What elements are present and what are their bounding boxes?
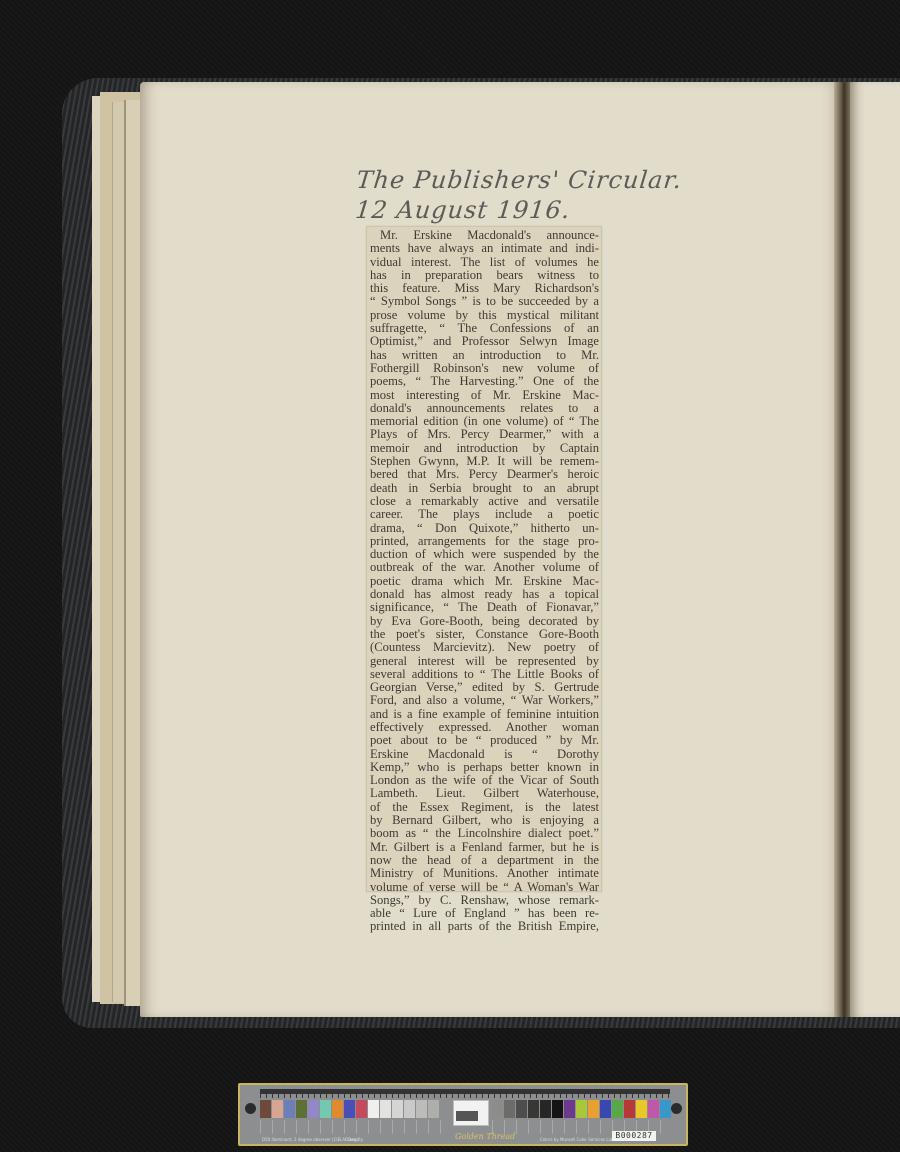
- color-swatch: [492, 1100, 503, 1118]
- clipping-line: able “ Lure of England ” has been re-: [370, 907, 599, 920]
- newspaper-clipping: Mr. Erskine Macdonald's announce-ments h…: [366, 226, 602, 892]
- clipping-line: now the head of a department in the: [370, 854, 599, 867]
- color-swatch: [516, 1100, 527, 1118]
- clipping-line: Mr. Erskine Macdonald's announce-: [370, 229, 599, 242]
- clipping-line: by Eva Gore-Booth, being decorated by: [370, 615, 599, 628]
- color-swatch: [528, 1100, 539, 1118]
- clipping-line: outbreak of the war. Another volume of: [370, 561, 599, 574]
- annotation-date: 12 August 1916.: [354, 195, 675, 225]
- munsell-caption: Colors by Munsell Color Services Lab: [540, 1137, 614, 1142]
- clipping-line: printed in all parts of the British Empi…: [370, 920, 599, 933]
- serial-number: B000287: [612, 1131, 656, 1141]
- color-swatch: [272, 1100, 283, 1118]
- color-calibration-target: D50 Illuminant, 2 degree observer (CIELA…: [238, 1083, 688, 1146]
- swatch-row-left: [260, 1100, 439, 1118]
- clipping-line: “ Symbol Songs ” is to be succeeded by a: [370, 295, 599, 308]
- clipping-line: Fothergill Robinson's new volume of: [370, 362, 599, 375]
- color-swatch: [368, 1100, 379, 1118]
- clipping-line: career. The plays include a poetic: [370, 508, 599, 521]
- clipping-line: memoir and introduction by Captain: [370, 442, 599, 455]
- clipping-line: Stephen Gwynn, M.P. It will be remem-: [370, 455, 599, 468]
- color-swatch: [308, 1100, 319, 1118]
- clipping-line: has in preparation bears witness to: [370, 269, 599, 282]
- color-swatch: [612, 1100, 623, 1118]
- clipping-line: general interest will be represented by: [370, 655, 599, 668]
- density-caption: Density: [348, 1137, 363, 1142]
- color-swatch: [416, 1100, 427, 1118]
- clipping-line: Georgian Verse,” edited by S. Gertrude: [370, 681, 599, 694]
- clipping-line: close a remarkably active and versatile: [370, 495, 599, 508]
- color-swatch: [648, 1100, 659, 1118]
- clipping-line: boom as “ the Lincolnshire dialect poet.…: [370, 827, 599, 840]
- handwritten-annotation: The Publishers' Circular. 12 August 1916…: [352, 165, 678, 225]
- clipping-line: poems, “ The Harvesting.” One of the: [370, 375, 599, 388]
- clipping-line: memorial edition (in one volume) of “ Th…: [370, 415, 599, 428]
- ruler-ticks: [260, 1094, 670, 1098]
- color-swatch: [636, 1100, 647, 1118]
- color-swatch: [540, 1100, 551, 1118]
- annotation-source: The Publishers' Circular.: [355, 165, 678, 195]
- color-swatch: [344, 1100, 355, 1118]
- clipping-line: London as the wife of the Vicar of South: [370, 774, 599, 787]
- clipping-line: Ford, and also a volume, “ War Workers,”: [370, 694, 599, 707]
- clipping-line: poet about to be “ produced ” by Mr.: [370, 734, 599, 747]
- clipping-line: vidual interest. The list of volumes he: [370, 256, 599, 269]
- lab-values-left: [260, 1120, 448, 1134]
- color-swatch: [624, 1100, 635, 1118]
- color-swatch: [380, 1100, 391, 1118]
- color-swatch: [564, 1100, 575, 1118]
- clipping-line: Erskine Macdonald is “ Dorothy: [370, 748, 599, 761]
- color-swatch: [356, 1100, 367, 1118]
- clipping-line: Mr. Gilbert is a Fenland farmer, but he …: [370, 841, 599, 854]
- clipping-line: of the Essex Regiment, is the latest: [370, 801, 599, 814]
- color-swatch: [576, 1100, 587, 1118]
- clipping-line: several additions to “ The Little Books …: [370, 668, 599, 681]
- clipping-line: volume of verse will be “ A Woman's War: [370, 881, 599, 894]
- clipping-line: Lambeth. Lieut. Gilbert Waterhouse,: [370, 787, 599, 800]
- clipping-line: bered that Mrs. Percy Dearmer's heroic: [370, 468, 599, 481]
- color-swatch: [392, 1100, 403, 1118]
- scale-card: [453, 1100, 489, 1126]
- clipping-line: significance, “ The Death of Fionavar,”: [370, 601, 599, 614]
- clipping-line: donald has almost ready has a topical: [370, 588, 599, 601]
- clipping-line: has written an introduction to Mr.: [370, 349, 599, 362]
- clipping-line: effectively expressed. Another woman: [370, 721, 599, 734]
- clipping-line: Plays of Mrs. Percy Dearmer,” with a: [370, 428, 599, 441]
- clipping-line: the poet's sister, Constance Gore-Booth: [370, 628, 599, 641]
- swatch-row-right: [492, 1100, 671, 1118]
- clipping-line: and is a fine example of feminine intuit…: [370, 708, 599, 721]
- illuminant-caption: D50 Illuminant, 2 degree observer (CIELA…: [262, 1137, 359, 1142]
- color-swatch: [552, 1100, 563, 1118]
- clipping-line: suffragette, “ The Confessions of an: [370, 322, 599, 335]
- color-swatch: [320, 1100, 331, 1118]
- clipping-line: ments have always an intimate and indi-: [370, 242, 599, 255]
- brand-label: Golden Thread: [455, 1132, 515, 1141]
- color-swatch: [600, 1100, 611, 1118]
- clipping-line: Songs,” by C. Renshaw, whose remark-: [370, 894, 599, 907]
- color-swatch: [660, 1100, 671, 1118]
- mount-hole-right: [671, 1103, 682, 1114]
- color-swatch: [284, 1100, 295, 1118]
- clipping-line: Ministry of Munitions. Another intimate: [370, 867, 599, 880]
- color-swatch: [504, 1100, 515, 1118]
- clipping-line: Kemp,” who is perhaps better known in: [370, 761, 599, 774]
- clipping-line: Optimist,” and Professor Selwyn Image: [370, 335, 599, 348]
- mount-hole-left: [245, 1103, 256, 1114]
- color-swatch: [404, 1100, 415, 1118]
- color-swatch: [296, 1100, 307, 1118]
- color-swatch: [588, 1100, 599, 1118]
- clipping-line: drama, “ Don Quixote,” hitherto un-: [370, 522, 599, 535]
- clipping-line: this feature. Miss Mary Richardson's: [370, 282, 599, 295]
- clipping-line: death in Serbia brought to an abrupt: [370, 482, 599, 495]
- clipping-line: printed, arrangements for the stage pro-: [370, 535, 599, 548]
- color-swatch: [428, 1100, 439, 1118]
- clipping-line: most interesting of Mr. Erskine Mac-: [370, 389, 599, 402]
- color-swatch: [332, 1100, 343, 1118]
- clipping-line: poetic drama which Mr. Erskine Mac-: [370, 575, 599, 588]
- facing-page-edge: [850, 82, 900, 1017]
- color-swatch: [260, 1100, 271, 1118]
- clipping-line: duction of which were suspended by the: [370, 548, 599, 561]
- clipping-line: by Bernard Gilbert, who is enjoying a: [370, 814, 599, 827]
- clipping-line: (Countess Marcievitz). New poetry of: [370, 641, 599, 654]
- clipping-line: donald's announcements relates to a: [370, 402, 599, 415]
- clipping-line: prose volume by this mystical militant: [370, 309, 599, 322]
